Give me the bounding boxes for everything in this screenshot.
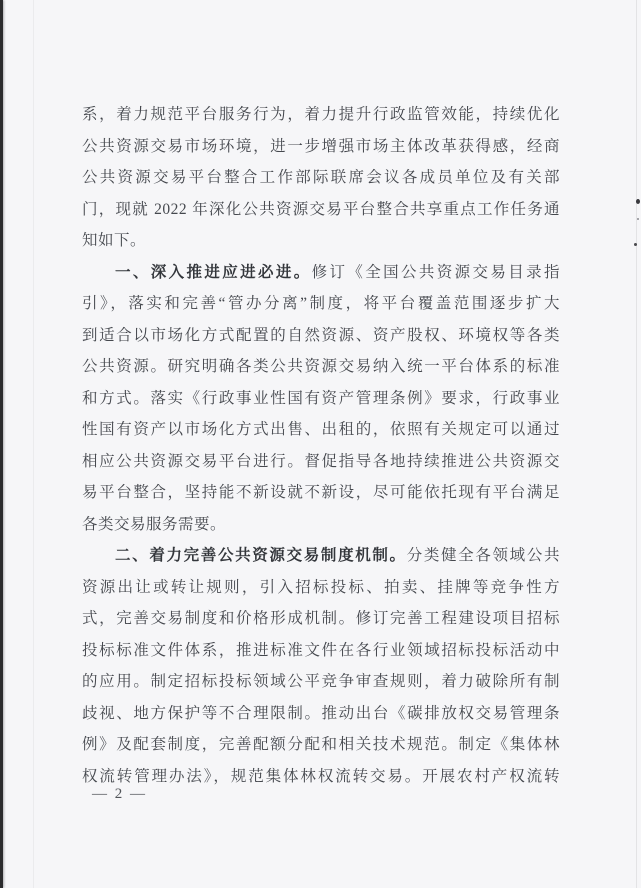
para-section-2: 二、着力完善公共资源交易制度机制。分类健全各领域公共资源出让或转让规则，引入招标… bbox=[82, 540, 560, 792]
scan-crease-left bbox=[33, 0, 34, 888]
scan-speck bbox=[637, 218, 639, 220]
scan-crease-right bbox=[636, 0, 637, 888]
text-line: 门，现就 2022 年深化公共资源交易平台整合共享重点工作任务通 bbox=[82, 194, 560, 226]
text-line: 系，着力规范平台服务行为，着力提升行政监管效能，持续优化 bbox=[82, 99, 560, 131]
text-line: 公共资源交易市场环境，进一步增强市场主体改革获得感，经商 bbox=[82, 131, 560, 163]
text-line: 和方式。落实《行政事业性国有资产管理条例》要求，行政事业 bbox=[82, 383, 560, 415]
section-heading: 一、深入推进应进必进。 bbox=[115, 264, 312, 281]
text-line: 公共资源交易平台整合工作部际联席会议各成员单位及有关部 bbox=[82, 162, 560, 194]
text-line: 一、深入推进应进必进。修订《全国公共资源交易目录指 bbox=[82, 257, 560, 289]
para-section-1: 一、深入推进应进必进。修订《全国公共资源交易目录指引》，落实和完善“管办分离”制… bbox=[82, 257, 560, 541]
text-line: 性国有资产以市场化方式出售、出租的，依照有关规定可以通过 bbox=[82, 414, 560, 446]
text-line: 式，完善交易制度和价格形成机制。修订完善工程建设项目招标 bbox=[82, 603, 560, 635]
text-line: 的应用。制定招标投标领域公平竞争审查规则，着力破除所有制 bbox=[82, 666, 560, 698]
text-line: 投标标准文件体系，推进标准文件在各行业领域招标投标活动中 bbox=[82, 635, 560, 667]
text-line: 资源出让或转让规则，引入招标投标、拍卖、挂牌等竞争性方 bbox=[82, 572, 560, 604]
para-intro-continuation: 系，着力规范平台服务行为，着力提升行政监管效能，持续优化公共资源交易市场环境，进… bbox=[82, 99, 560, 257]
text-line: 二、着力完善公共资源交易制度机制。分类健全各领域公共 bbox=[82, 540, 560, 572]
scan-speck bbox=[636, 199, 640, 204]
document-body: 系，着力规范平台服务行为，着力提升行政监管效能，持续优化公共资源交易市场环境，进… bbox=[82, 99, 560, 792]
text-line: 公共资源。研究明确各类公共资源交易纳入统一平台体系的标准 bbox=[82, 351, 560, 383]
scanned-document-page: 系，着力规范平台服务行为，着力提升行政监管效能，持续优化公共资源交易市场环境，进… bbox=[0, 0, 641, 888]
text-line: 引》，落实和完善“管办分离”制度，将平台覆盖范围逐步扩大 bbox=[82, 288, 560, 320]
text-line: 权流转管理办法》，规范集体林权流转交易。开展农村产权流转 bbox=[82, 761, 560, 793]
text-line: 到适合以市场化方式配置的自然资源、资产股权、环境权等各类 bbox=[82, 320, 560, 352]
scan-speck bbox=[634, 243, 637, 246]
text-line: 相应公共资源交易平台进行。督促指导各地持续推进公共资源交 bbox=[82, 446, 560, 478]
text-line: 易平台整合，坚持能不新设就不新设，尽可能依托现有平台满足 bbox=[82, 477, 560, 509]
text-line: 各类交易服务需要。 bbox=[82, 509, 560, 541]
page-number: — 2 — bbox=[92, 786, 147, 803]
section-heading: 二、着力完善公共资源交易制度机制。 bbox=[115, 547, 407, 564]
scan-edge-artifact bbox=[0, 0, 3, 888]
text-line: 歧视、地方保护等不合理限制。推动出台《碳排放权交易管理条 bbox=[82, 698, 560, 730]
text-line: 例》及配套制度，完善配额分配和相关技术规范。制定《集体林 bbox=[82, 729, 560, 761]
text-line: 知如下。 bbox=[82, 225, 560, 257]
